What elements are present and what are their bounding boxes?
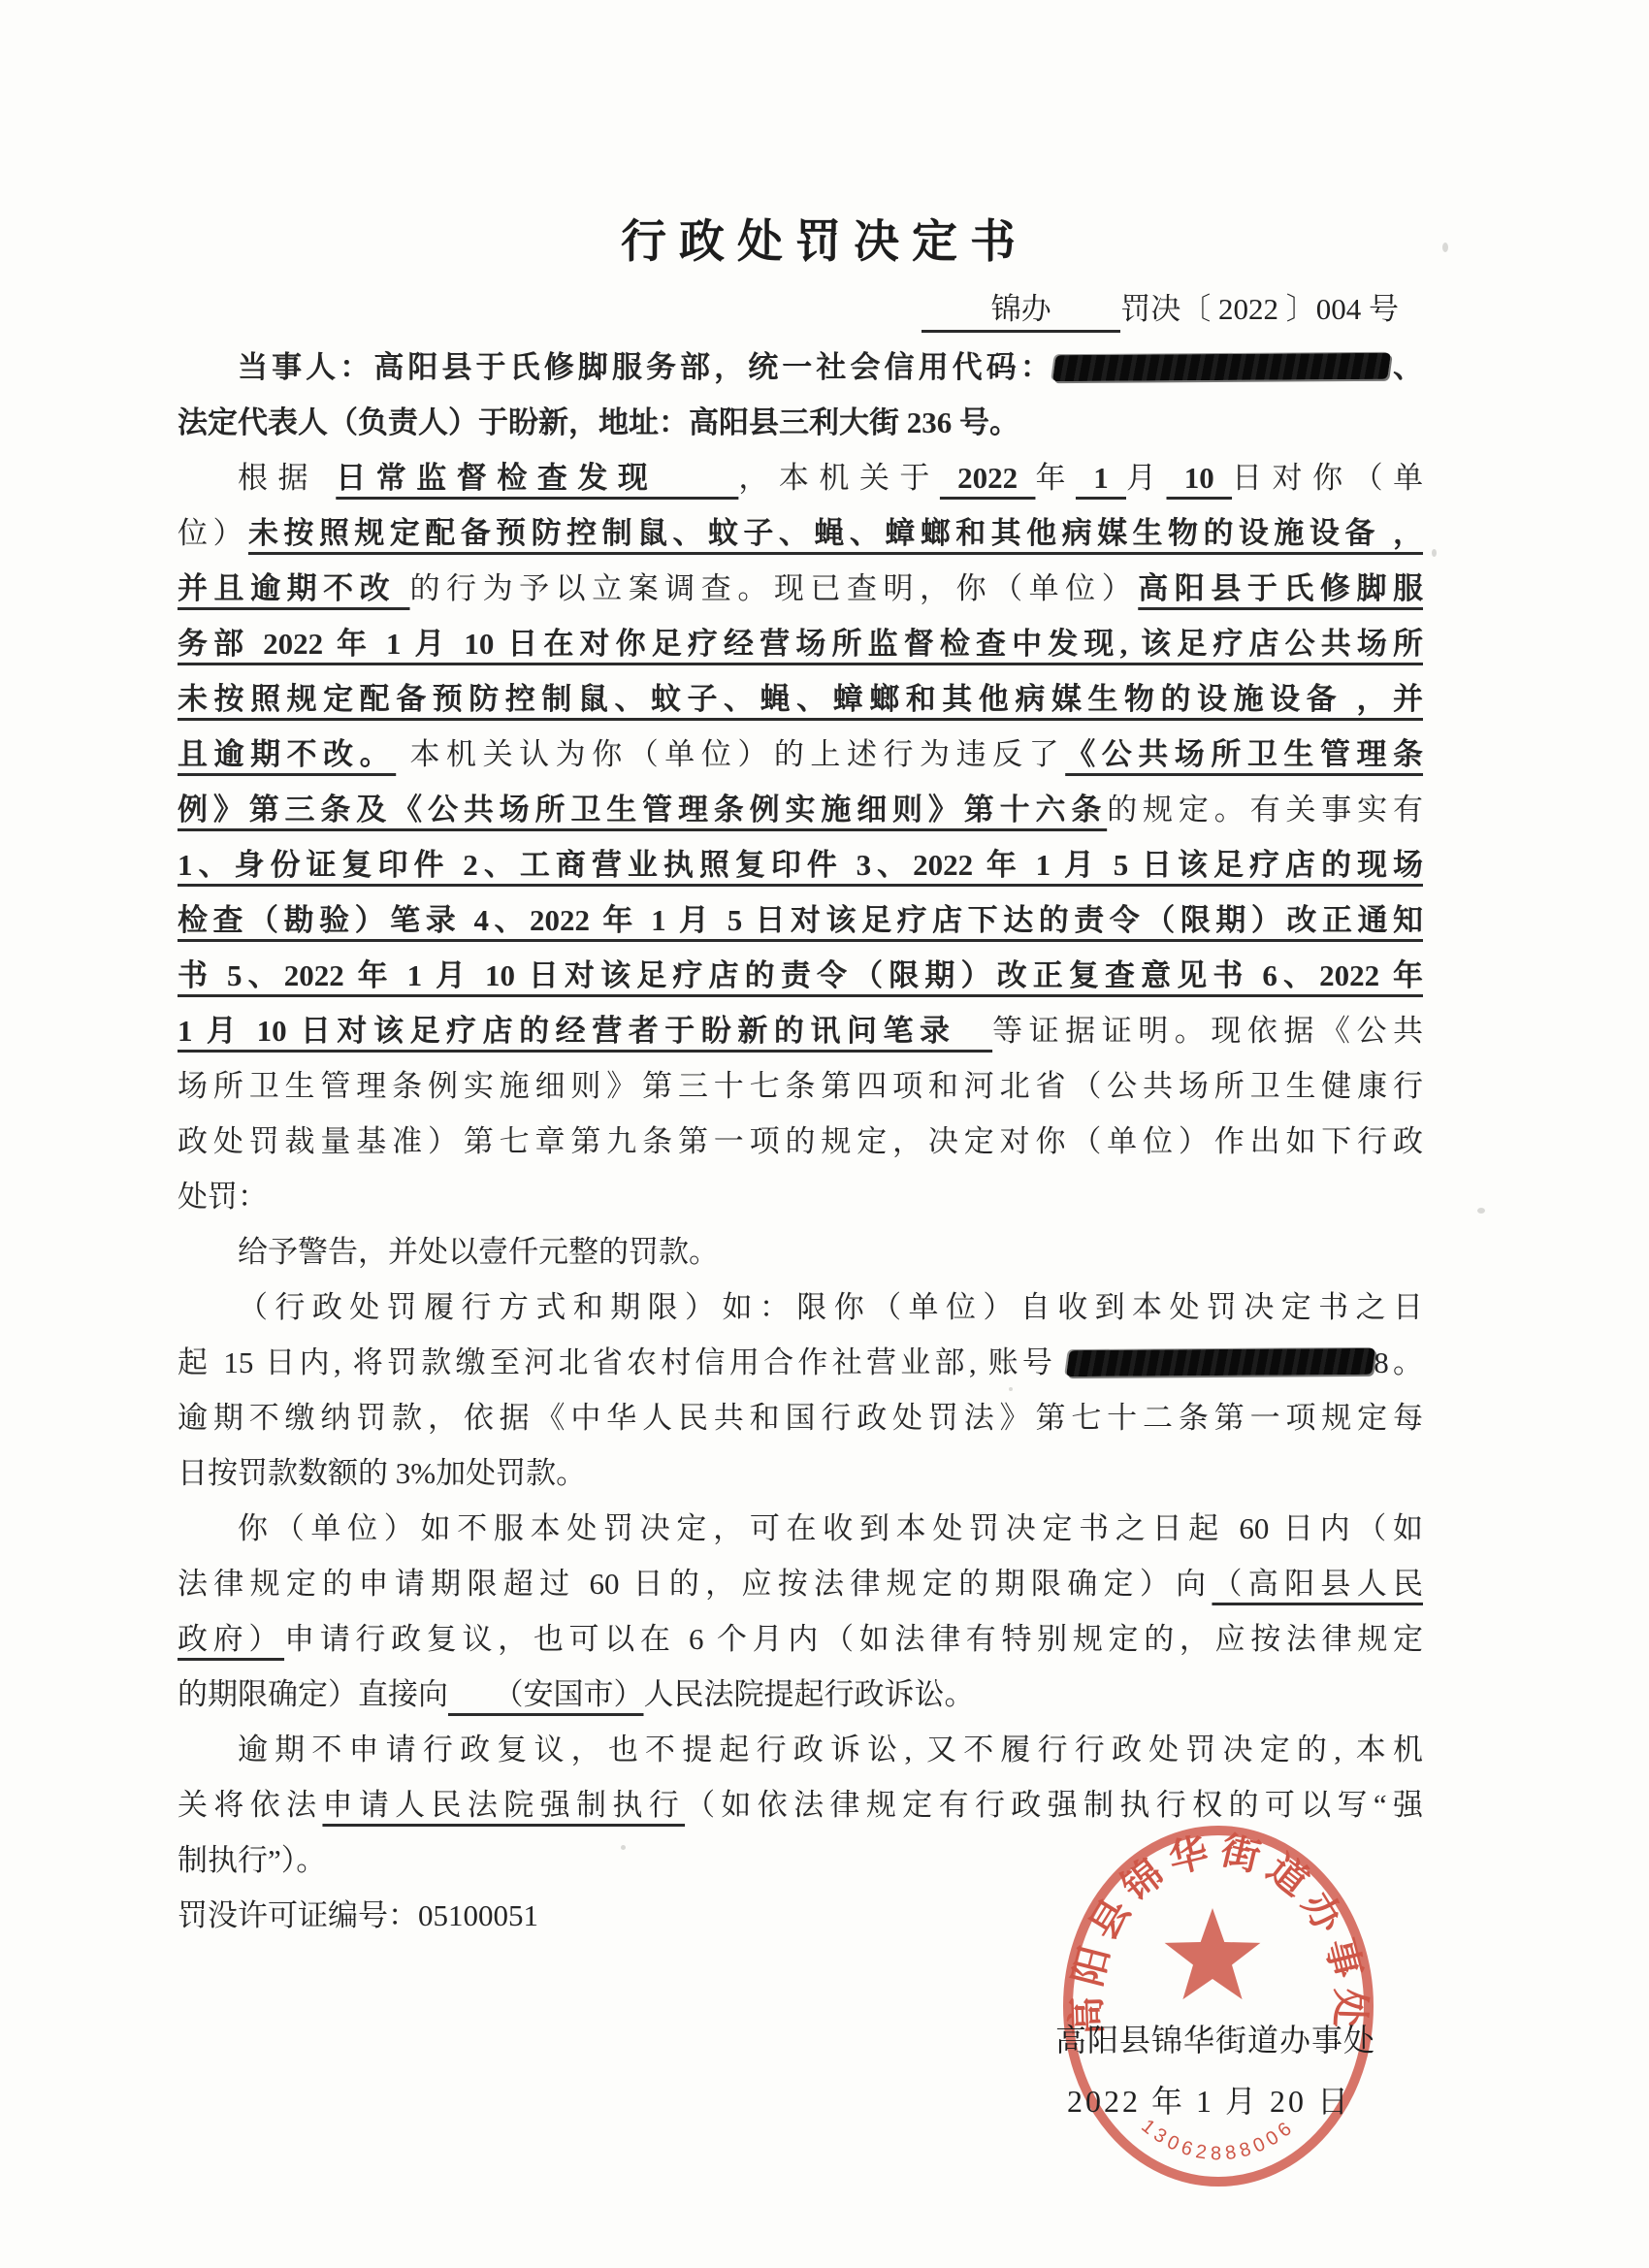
body-line: 起 15 日内, 将罚款缴至河北省农村信用合作社营业部, 账号 8。 (178, 1335, 1423, 1390)
seal-star-icon (1165, 1908, 1261, 1999)
body-line: 日按罚款数额的 3%加处罚款。 (178, 1445, 1423, 1501)
body-line: 你（单位）如不服本处罚决定，可在收到本处罚决定书之日起 60 日内（如 (178, 1501, 1423, 1556)
body-line: 并且逾期不改 的行为予以立案调查。现已查明，你（单位）高阳县于氏修脚服 (178, 561, 1423, 616)
document-number: 锦办罚决〔 2022 〕004 号 (921, 284, 1399, 333)
body-line: 1、身份证复印件 2、工商营业执照复印件 3、2022 年 1 月 5 日该足疗… (178, 837, 1423, 892)
text-segment: 申请行政复议，也可以在 6 个月内（如法律有特别规定的，应按法律规定 (284, 1622, 1423, 1656)
text-segment: 的规定。有关事实有 (1107, 793, 1423, 826)
text-segment: 本机关认为你（单位）的上述行为违反了 (396, 737, 1065, 771)
text-segment: 场所卫生管理条例实施细则》第三十七条第四项和河北省（公共场所卫生健康行 (178, 1069, 1423, 1103)
text-segment: 制执行”）。 (178, 1843, 326, 1877)
scan-artifact (1442, 243, 1448, 252)
body-line: 法定代表人（负责人）于盼新，地址：高阳县三利大街 236 号。 (178, 395, 1423, 450)
text-segment: 逾期不缴纳罚款，依据《中华人民共和国行政处罚法》第七十二条第一项规定每 (178, 1401, 1423, 1435)
text-segment: 未按照规定配备预防控制鼠、蚊子、蝇、蟑螂和其他病媒生物的设施设备 ，并 (178, 682, 1423, 716)
scan-artifact (621, 1845, 626, 1850)
text-segment: 8。 (1374, 1345, 1423, 1379)
text-segment: （高阳县人民 (1212, 1567, 1423, 1601)
scanned-document-page: 行政处罚决定书 锦办罚决〔 2022 〕004 号 当事人：高阳县于氏修脚服务部… (0, 0, 1649, 2268)
text-segment: 月 (1126, 461, 1167, 495)
text-segment: 未按照规定配备预防控制鼠、蚊子、蝇、蟑螂和其他病媒生物的设施设备 ， (248, 516, 1423, 550)
text-segment: 等证据证明。现依据《公共 (992, 1014, 1423, 1048)
body-line: 例》第三条及《公共场所卫生管理条例实施细则》第十六条的规定。有关事实有 (178, 782, 1423, 837)
text-segment: 、 (1389, 350, 1423, 384)
redaction-bar (1066, 1348, 1375, 1377)
body-line: 1 月 10 日对该足疗店的经营者于盼新的讯问笔录 等证据证明。现依据《公共 (178, 1003, 1423, 1058)
text-segment: 申请人民法院强制执行 (322, 1788, 685, 1822)
text-segment: 1 (1076, 461, 1126, 495)
text-segment: （行政处罚履行方式和期限）如：限你（单位）自收到本处罚决定书之日 (238, 1290, 1423, 1324)
text-segment: 1 月 10 日对该足疗店的经营者于盼新的讯问笔录 (178, 1014, 992, 1048)
body-line: 根据 日常监督检查发现 ，本机关于 2022 年 1 月 10 日对你（单 (178, 450, 1423, 505)
text-segment: 起 15 日内, 将罚款缴至河北省农村信用合作社营业部, 账号 (178, 1345, 1068, 1379)
scan-artifact (1432, 549, 1437, 557)
text-segment: 《公共场所卫生管理条 (1065, 737, 1423, 771)
text-segment: 且逾期不改。 (178, 737, 396, 771)
text-segment: 政处罚裁量基准）第七章第九条第一项的规定，决定对你（单位）作出如下行政 (178, 1124, 1423, 1158)
official-seal: 高阳县锦华街道办事处 13062888006 (1053, 1817, 1383, 2197)
text-segment: 法律规定的申请期限超过 60 日的，应按法律规定的期限确定）向 (178, 1567, 1212, 1601)
document-number-prefix-blank: 锦办 (921, 284, 1120, 333)
body-line: 政府）申请行政复议，也可以在 6 个月内（如法律有特别规定的，应按法律规定 (178, 1611, 1423, 1667)
text-segment: 罚没许可证编号：05100051 (178, 1898, 538, 1932)
body-line: 法律规定的申请期限超过 60 日的，应按法律规定的期限确定）向（高阳县人民 (178, 1556, 1423, 1611)
document-title: 行政处罚决定书 (0, 206, 1649, 271)
text-segment: 务部 2022 年 1 月 10 日在对你足疗经营场所监督检查中发现, 该足疗店… (178, 627, 1423, 661)
text-segment: （安国市） (448, 1677, 644, 1711)
body-line: 逾期不申请行政复议，也不提起行政诉讼, 又不履行行政处罚决定的, 本机 (178, 1722, 1423, 1777)
scan-artifact (1477, 1208, 1485, 1214)
text-segment: 的期限确定）直接向 (178, 1677, 448, 1711)
text-segment: 人民法院提起行政诉讼。 (644, 1677, 975, 1711)
seal-ring (1068, 1831, 1369, 2182)
text-segment: 当事人：高阳县于氏修脚服务部，统一社会信用代码： (238, 350, 1054, 384)
text-segment: 日常监督检查发现 (336, 461, 738, 495)
text-segment: 书 5、2022 年 1 月 10 日对该足疗店的责令（限期）改正复查意见书 6… (178, 958, 1423, 992)
body-line: 逾期不缴纳罚款，依据《中华人民共和国行政处罚法》第七十二条第一项规定每 (178, 1390, 1423, 1445)
text-segment: 位） (178, 516, 248, 550)
text-segment: 政府） (178, 1622, 284, 1656)
body-lines: 当事人：高阳县于氏修脚服务部，统一社会信用代码：、法定代表人（负责人）于盼新，地… (178, 340, 1423, 1943)
issue-date: 2022 年 1 月 20 日 (1067, 2077, 1351, 2122)
text-segment: 高阳县于氏修脚服 (1138, 571, 1423, 605)
text-segment: 关将依法 (178, 1788, 322, 1822)
body-line: 务部 2022 年 1 月 10 日在对你足疗经营场所监督检查中发现, 该足疗店… (178, 616, 1423, 671)
body-line: 书 5、2022 年 1 月 10 日对该足疗店的责令（限期）改正复查意见书 6… (178, 948, 1423, 1003)
body-line: （行政处罚履行方式和期限）如：限你（单位）自收到本处罚决定书之日 (178, 1280, 1423, 1335)
body-line: 政处罚裁量基准）第七章第九条第一项的规定，决定对你（单位）作出如下行政 (178, 1114, 1423, 1169)
issuing-authority: 高阳县锦华街道办事处 (1055, 2016, 1375, 2060)
text-segment: 你（单位）如不服本处罚决定，可在收到本处罚决定书之日起 60 日内（如 (238, 1511, 1423, 1545)
text-segment: 法定代表人（负责人）于盼新，地址：高阳县三利大街 236 号。 (178, 405, 1019, 439)
seal-serial-number: 13062888006 (1137, 2116, 1299, 2165)
text-segment: 年 (1035, 461, 1076, 495)
body-line: 且逾期不改。 本机关认为你（单位）的上述行为违反了《公共场所卫生管理条 (178, 727, 1423, 782)
body-line: 检查（勘验）笔录 4、2022 年 1 月 5 日对该足疗店下达的责令（限期）改… (178, 892, 1423, 948)
text-segment: 1、身份证复印件 2、工商营业执照复印件 3、2022 年 1 月 5 日该足疗… (178, 848, 1423, 882)
body-line: 处罚： (178, 1169, 1423, 1224)
text-segment: 给予警告，并处以壹仟元整的罚款。 (238, 1235, 719, 1269)
body-line: 的期限确定）直接向 （安国市）人民法院提起行政诉讼。 (178, 1667, 1423, 1722)
text-segment: 并且逾期不改 (178, 571, 410, 605)
scan-artifact (1009, 1387, 1013, 1391)
body-line: 未按照规定配备预防控制鼠、蚊子、蝇、蟑螂和其他病媒生物的设施设备 ，并 (178, 671, 1423, 727)
text-segment: 2022 (940, 461, 1036, 495)
redaction-bar (1052, 353, 1391, 381)
body-line: 当事人：高阳县于氏修脚服务部，统一社会信用代码：、 (178, 340, 1423, 395)
text-segment: 根据 (238, 461, 336, 495)
text-segment: 例》第三条及《公共场所卫生管理条例实施细则》第十六条 (178, 793, 1107, 826)
text-segment: ，本机关于 (738, 461, 940, 495)
text-segment: 的行为予以立案调查。现已查明，你（单位） (410, 571, 1139, 605)
body-line: 场所卫生管理条例实施细则》第三十七条第四项和河北省（公共场所卫生健康行 (178, 1058, 1423, 1114)
text-segment: 10 (1167, 461, 1233, 495)
text-segment: 检查（勘验）笔录 4、2022 年 1 月 5 日对该足疗店下达的责令（限期）改… (178, 903, 1423, 937)
text-segment: 逾期不申请行政复议，也不提起行政诉讼, 又不履行行政处罚决定的, 本机 (238, 1733, 1423, 1766)
body-line: 位）未按照规定配备预防控制鼠、蚊子、蝇、蟑螂和其他病媒生物的设施设备 ， (178, 505, 1423, 561)
text-segment: 处罚： (178, 1180, 268, 1214)
text-segment: 日按罚款数额的 3%加处罚款。 (178, 1456, 586, 1490)
body-line: 给予警告，并处以壹仟元整的罚款。 (178, 1224, 1423, 1280)
text-segment: 日对你（单 (1232, 461, 1423, 495)
document-number-rest: 罚决〔 2022 〕004 号 (1120, 292, 1399, 326)
